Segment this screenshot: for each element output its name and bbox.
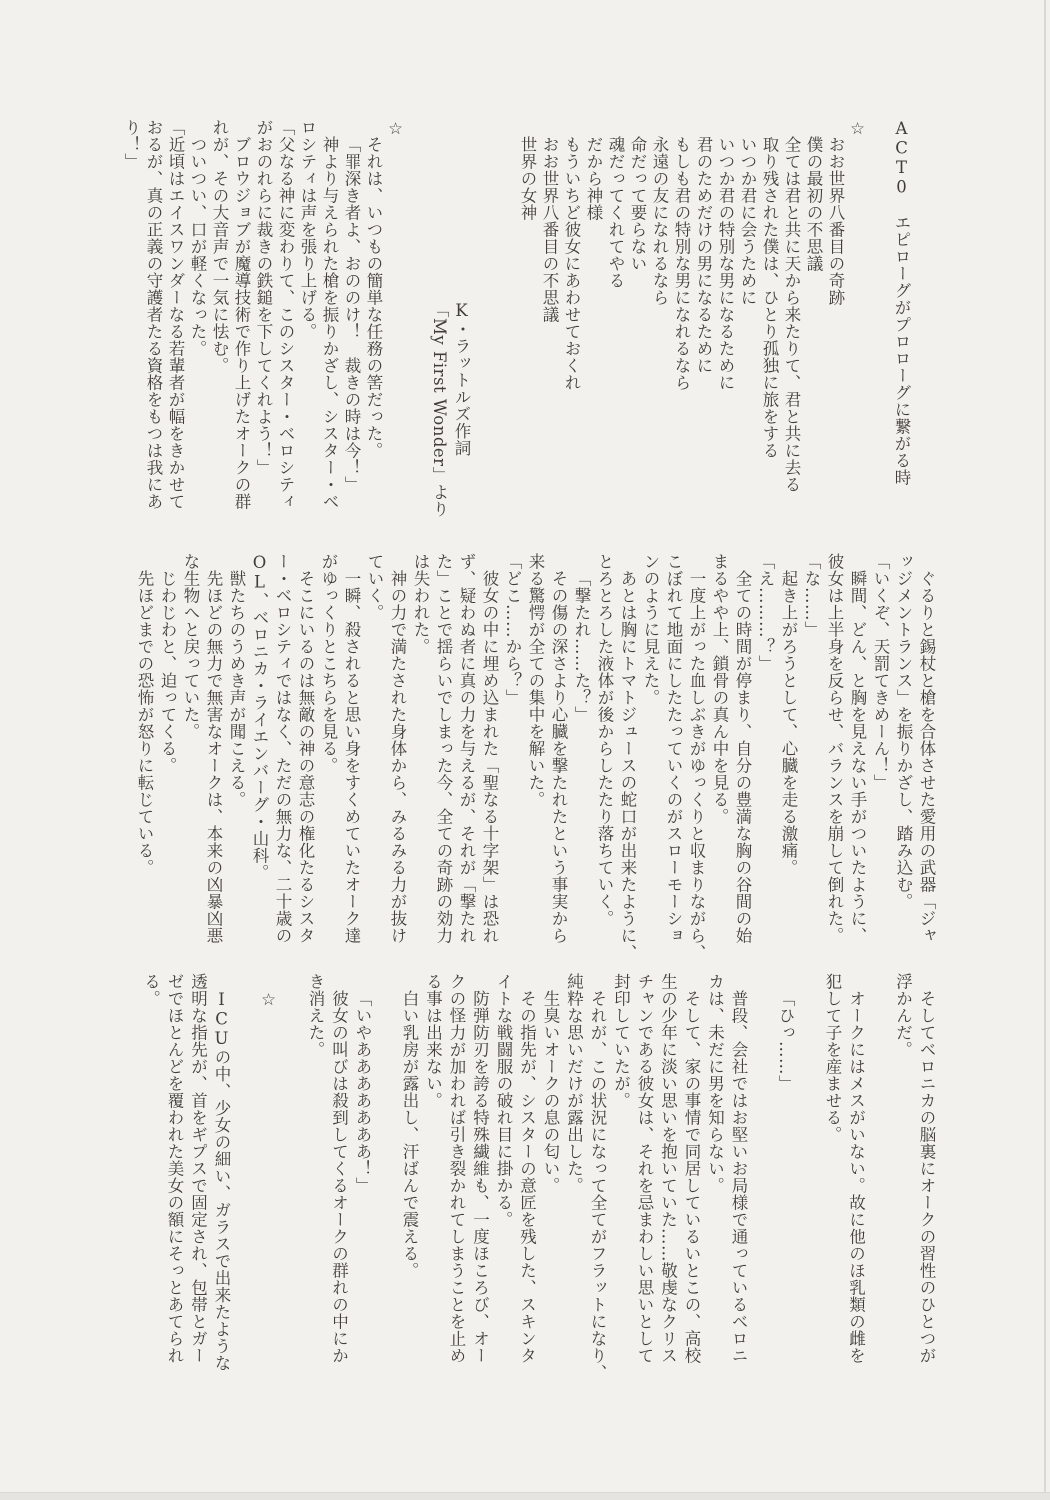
text-column: は失われた。	[409, 553, 432, 967]
text-column: 一度上がった血しぶきがゆっくりと収まりながら、	[685, 553, 708, 967]
text-column: 神の力で満たされた身体から、みるみる力が抜け	[386, 553, 409, 967]
text-column: そして、家の事情で同居しているいとこの、高校	[680, 973, 704, 1375]
text-column: ゼでほとんどを覆われた美女の額にそっとあてられ	[163, 973, 187, 1375]
text-column: ず、疑わぬ者に真の力を与えるが、それが「撃たれ	[455, 553, 478, 967]
text-column: ッジメントランス」を振りかざし、踏み込む。	[892, 553, 915, 967]
blank-column	[233, 973, 257, 1375]
text-column: 防弾防刃を誇る特殊繊維も、一度ほころび、オー	[468, 973, 492, 1375]
text-column: いつか君に会うために	[736, 119, 758, 531]
page-edge-shadow-bottom	[0, 1492, 1050, 1500]
text-column: 透明な指先が、首をギプスで固定され、包帯とガー	[186, 973, 210, 1375]
text-column: 「どこ……から？」	[501, 553, 524, 967]
text-column: 命だって要らない	[626, 119, 648, 531]
text-column: ICUの中、少女の細い、ガラスで出来たような	[210, 973, 234, 1375]
text-column: もしも君の特別な男になれるなら	[670, 119, 692, 531]
text-column: その傷の深さより心臓を撃たれたという事実から	[547, 553, 570, 967]
page-edge-shadow-right	[1044, 0, 1046, 1500]
text-column: がゆっくりとこちらを見る。	[317, 553, 340, 967]
section-star: ☆	[257, 973, 281, 1375]
text-column: とろとろした液体が後からしたたり落ちていく。	[593, 553, 616, 967]
text-column: 「え………？」	[754, 553, 777, 967]
aftermath-scene-band: そしてベロニカの脳裏にオークの習性のひとつが浮かんだ。 オークにはメスがいない。…	[139, 973, 938, 1375]
text-column: それは、いつもの簡単な任務の筈だった。	[362, 119, 384, 531]
text-column: 浮かんだ。	[891, 973, 915, 1375]
text-column: 「罪深き者よ、おののけ！ 裁きの時は今！」	[340, 119, 362, 531]
text-column: き消えた。	[304, 973, 328, 1375]
text-column: おるが、真の正義の守護者たる資格をもつは我にあ	[142, 119, 164, 531]
text-column: 起き上がろうとして、心臓を走る激痛。	[777, 553, 800, 967]
text-column: 世界の女神	[516, 119, 538, 531]
text-column: それが、この状況になって全てがフラットになり、	[586, 973, 610, 1375]
text-column: まるやや上、鎖骨の真ん中を見る。	[708, 553, 731, 967]
text-column: チャンである彼女は、それを忌まわしい思いとして	[633, 973, 657, 1375]
text-column: 犯して子を産ませる。	[821, 973, 845, 1375]
text-column: 来る驚愕が全ての集中を解いた。	[524, 553, 547, 967]
text-column: だから神様	[582, 119, 604, 531]
text-column: ブロウジョブが魔導技術で作り上げたオークの群	[230, 119, 252, 531]
text-column: イトな戦闘服の破れ目に掛かる。	[492, 973, 516, 1375]
text-column: K・ラットルズ作詞	[450, 119, 472, 531]
section-star: ☆	[846, 119, 868, 531]
text-column: な生物へと戻っていた。	[179, 553, 202, 967]
text-column: そしてベロニカの脳裏にオークの習性のひとつが	[915, 973, 939, 1375]
blank-column	[868, 973, 892, 1375]
text-column: ぐるりと錫杖と槍を合体させた愛用の武器「ジャ	[915, 553, 938, 967]
text-column: 瞬間、どん、と胸を見えない手がついたように、	[846, 553, 869, 967]
text-column: 彼女は上半身を反らせ、バランスを崩して倒れた。	[823, 553, 846, 967]
text-column: る事は出来ない。	[421, 973, 445, 1375]
header-and-poem-band: ACT0 エピローグがプロローグに繋がる時 ☆おお世界八番目の奇跡僕の最初の不思…	[120, 119, 912, 531]
text-column: 先ほどの無力で無害なオークは、本来の凶暴凶悪	[202, 553, 225, 967]
text-column: 「ひっ……」	[774, 973, 798, 1375]
text-column: 魂だってくれてやる	[604, 119, 626, 531]
text-column: おお世界八番目の不思議	[538, 119, 560, 531]
text-column: おお世界八番目の奇跡	[824, 119, 846, 531]
text-column: 一瞬、殺されると思い身をすくめていたオーク達	[340, 553, 363, 967]
text-column: その指先が、シスターの意匠を残した、スキンタ	[515, 973, 539, 1375]
text-column: ロシティは声を張り上げる。	[296, 119, 318, 531]
scanned-page: ACT0 エピローグがプロローグに繋がる時 ☆おお世界八番目の奇跡僕の最初の不思…	[0, 0, 1050, 1500]
text-column: た」ことで揺らいでしまった今、全ての奇跡の効力	[432, 553, 455, 967]
text-column: 僕の最初の不思議	[802, 119, 824, 531]
text-column: クの怪力が加われば引き裂かれてしまうことを止め	[445, 973, 469, 1375]
blank-column	[750, 973, 774, 1375]
text-column: そこにいるのは無敵の神の意志の権化たるシスタ	[294, 553, 317, 967]
blank-column	[868, 119, 890, 531]
blank-column	[494, 119, 516, 531]
text-column: もういちど彼女にあわせておくれ	[560, 119, 582, 531]
text-column: あとは胸にトマトジュースの蛇口が出来たように、	[616, 553, 639, 967]
text-column: 「いくぞ、天罰てきめーん！」	[869, 553, 892, 967]
text-column: 純粋な思いだけが露出した。	[562, 973, 586, 1375]
blank-column	[472, 119, 494, 531]
text-column: ついつい、口が軽くなった。	[186, 119, 208, 531]
text-column: 君のためだけの男になるために	[692, 119, 714, 531]
text-column: ていく。	[363, 553, 386, 967]
blank-column	[406, 119, 428, 531]
blank-column	[374, 973, 398, 1375]
text-column: 封印していたが。	[609, 973, 633, 1375]
text-column: 「いやあああああああ！」	[351, 973, 375, 1375]
text-column: 全ての時間が停まり、自分の豊満な胸の谷間の始	[731, 553, 754, 967]
text-column: 普段、会社ではお堅いお局様で通っているベロニ	[727, 973, 751, 1375]
text-column: り！」	[120, 119, 142, 531]
text-column: 「撃たれ……た？」	[570, 553, 593, 967]
text-column: れが、その大音声で一気に怯む。	[208, 119, 230, 531]
text-column: カは、未だに男を知らない。	[703, 973, 727, 1375]
text-column: こぼれて地面にしたたっていくのがスローモーショ	[662, 553, 685, 967]
text-column: ンのように見えた。	[639, 553, 662, 967]
text-column: 神より与えられた槍を振りかざし、シスター・ベ	[318, 119, 340, 531]
text-column: OL、ベロニカ・ライエンバーグ・山科。	[248, 553, 271, 967]
text-column: オークにはメスがいない。故に他のほ乳類の雌を	[844, 973, 868, 1375]
text-column: ー・ベロシティではなく、ただの無力な、二十歳の	[271, 553, 294, 967]
text-column: 彼女の叫びは殺到してくるオークの群れの中にか	[327, 973, 351, 1375]
text-column: 「近頃はエイスワンダーなる若輩者が幅をきかせて	[164, 119, 186, 531]
text-column: 生臭いオークの息の匂い。	[539, 973, 563, 1375]
text-column: ACT0 エピローグがプロローグに繋がる時	[890, 119, 912, 531]
text-column: 彼女の中に埋め込まれた「聖なる十字架」は恐れ	[478, 553, 501, 967]
text-column: 先ほどまでの恐怖が怒りに転じている。	[133, 553, 156, 967]
text-column: 「My First Wonder」より	[428, 119, 450, 531]
text-column: 全ては君と共に天から来たりて、君と共に去る	[780, 119, 802, 531]
text-column: 取り残された僕は、ひとり孤独に旅をする	[758, 119, 780, 531]
text-column: がおのれらに裁きの鉄鎚を下してくれよう！」	[252, 119, 274, 531]
text-column: 「父なる神に変わりて、このシスター・ベロシティ	[274, 119, 296, 531]
text-column: 生の少年に淡い思いを抱いていた……敬虔なクリス	[656, 973, 680, 1375]
text-column: いつか君の特別な男になるために	[714, 119, 736, 531]
blank-column	[797, 973, 821, 1375]
text-column: 永遠の友になれるなら	[648, 119, 670, 531]
text-column: 白い乳房が露出し、汗ばんで震える。	[398, 973, 422, 1375]
text-column: じわじわと、迫ってくる。	[156, 553, 179, 967]
text-column: る。	[139, 973, 163, 1375]
text-column: 「な……」	[800, 553, 823, 967]
section-star: ☆	[384, 119, 406, 531]
blank-column	[280, 973, 304, 1375]
text-column: 獣たちのうめき声が聞こえる。	[225, 553, 248, 967]
battle-scene-band: ぐるりと錫杖と槍を合体させた愛用の武器「ジャッジメントランス」を振りかざし、踏み…	[133, 553, 938, 967]
